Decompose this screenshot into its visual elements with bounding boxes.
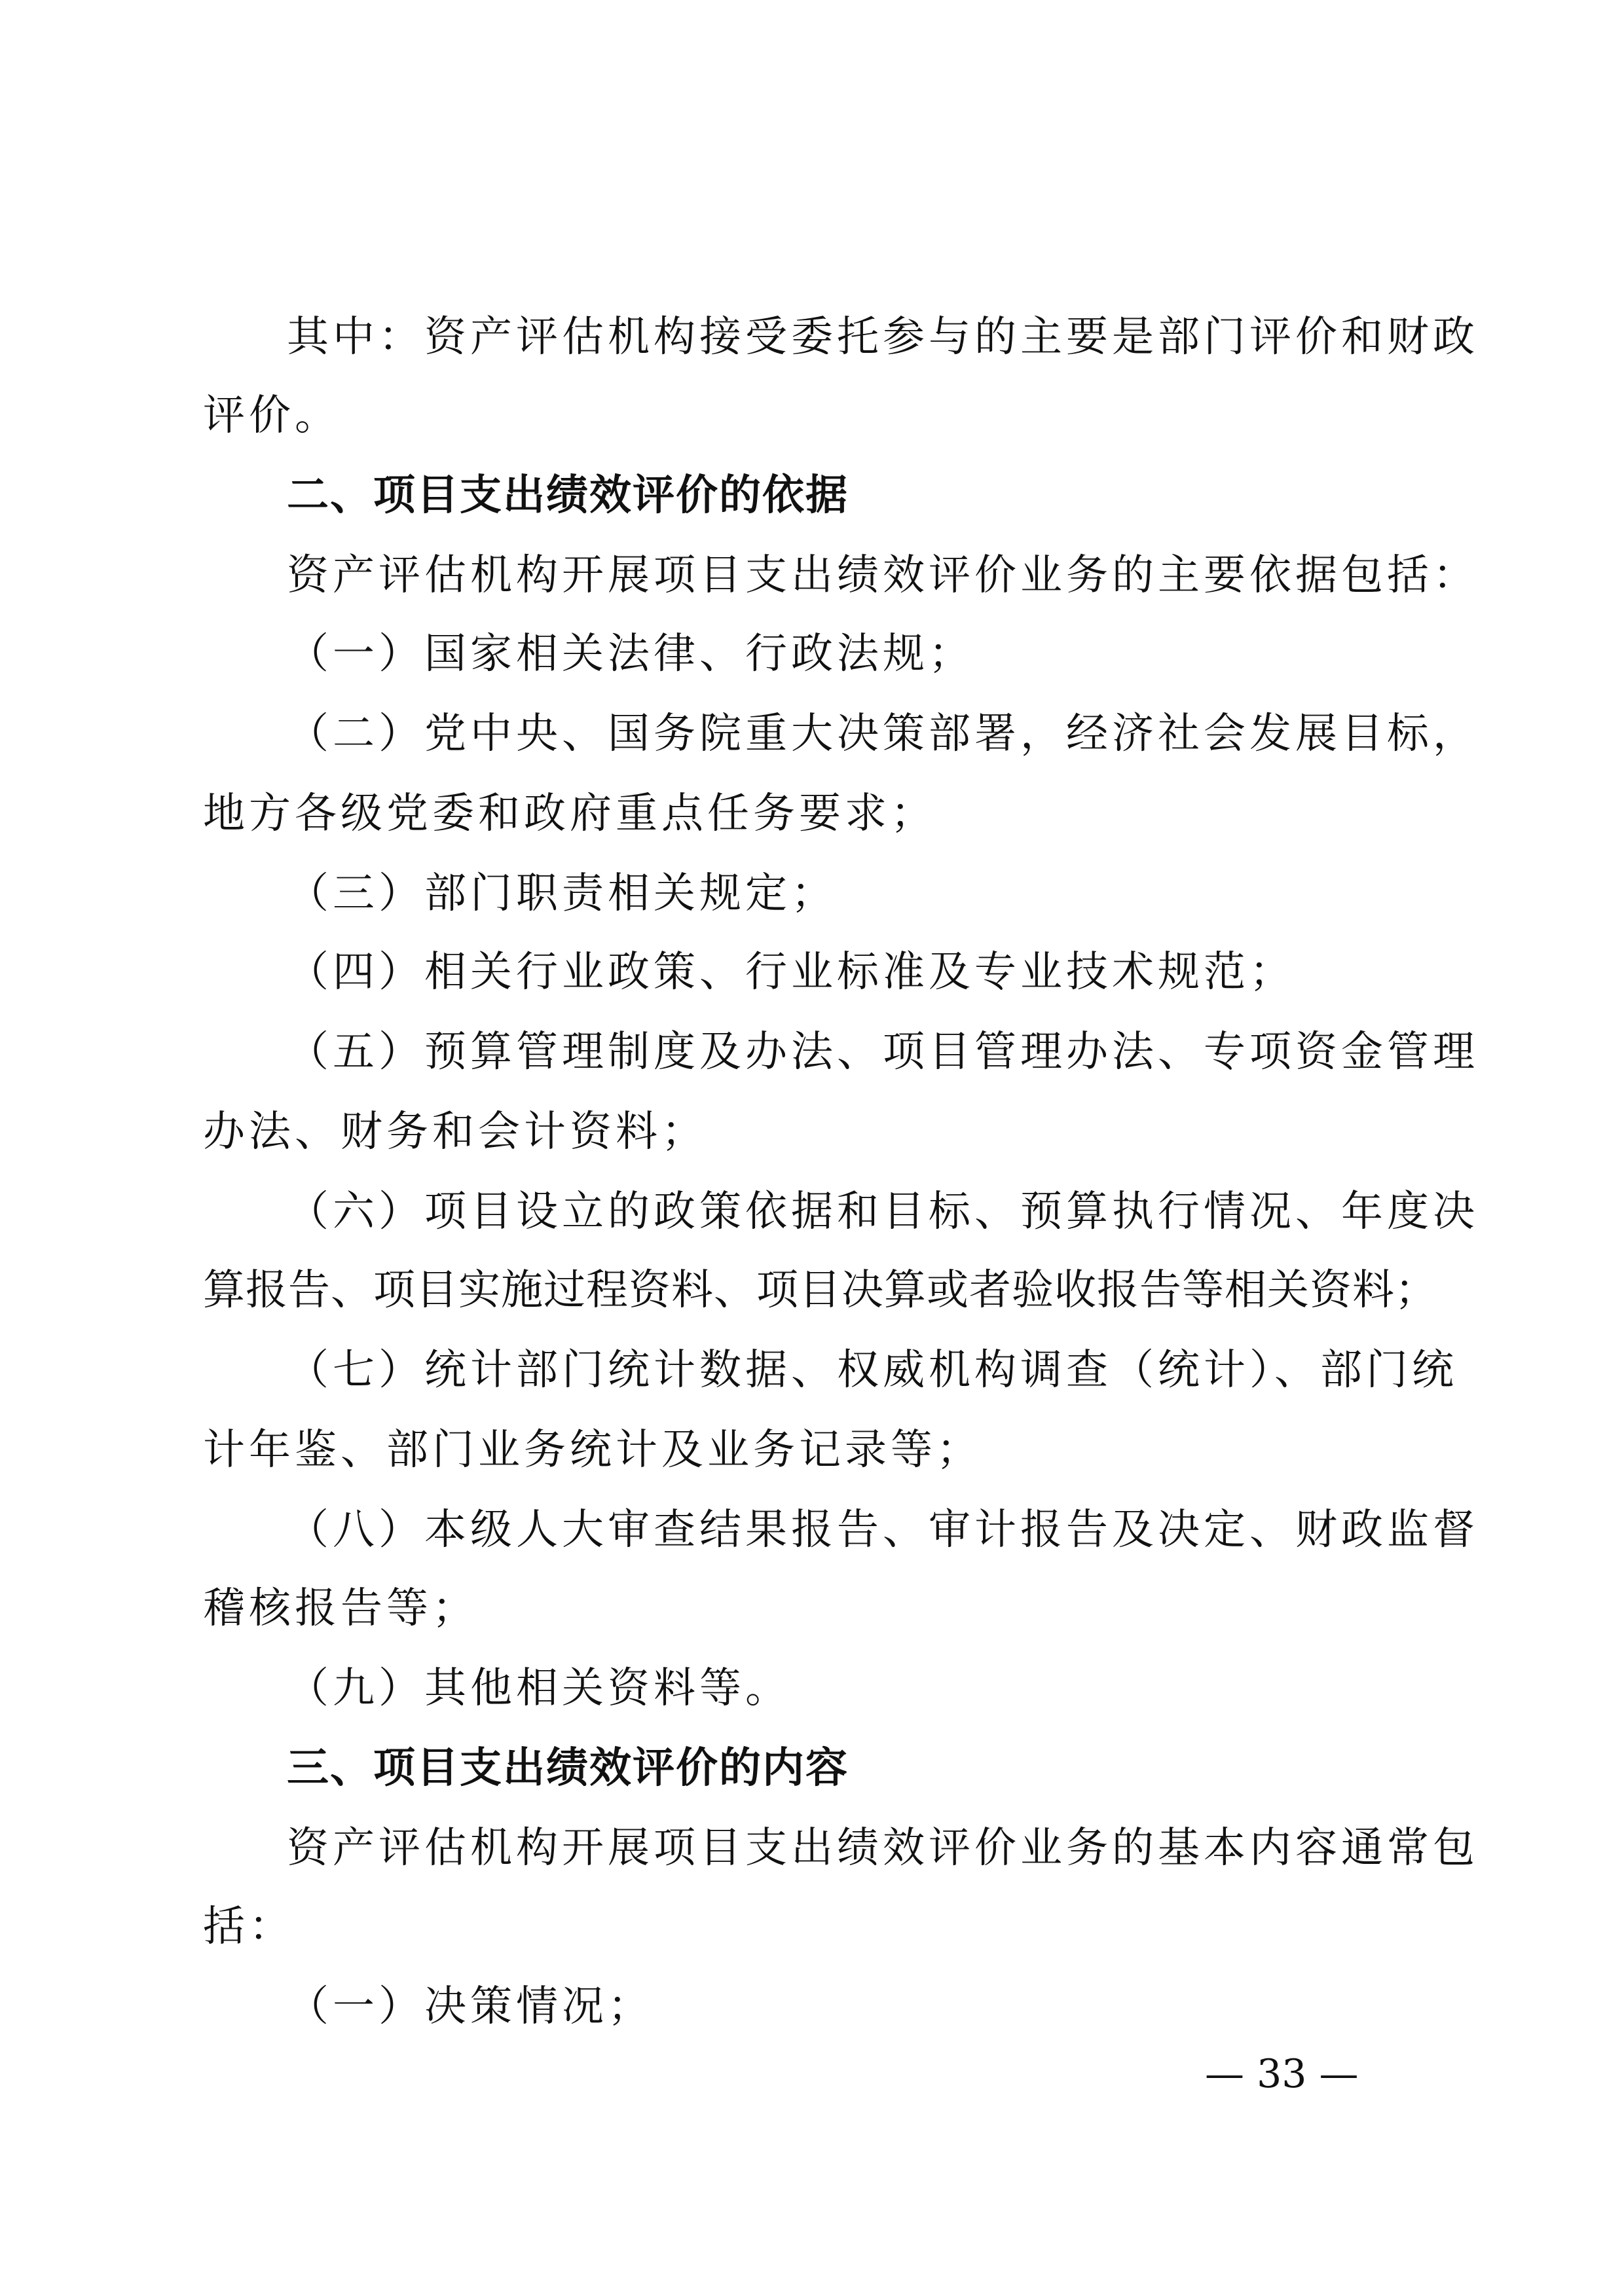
paragraph-line: 算报告、项目实施过程资料、项目决算或者验收报告等相关资料； bbox=[203, 1261, 1437, 1320]
paragraph-line: 资产评估机构开展项目支出绩效评价业务的主要依据包括： bbox=[287, 546, 1479, 605]
paragraph-line: 稽核报告等； bbox=[203, 1579, 478, 1638]
paragraph-line: 其中：资产评估机构接受委托参与的主要是部门评价和财政 bbox=[287, 308, 1479, 367]
page-number: — 33 — bbox=[1205, 2048, 1359, 2100]
section-heading: 三、项目支出绩效评价的内容 bbox=[287, 1739, 849, 1798]
paragraph-line: 办法、财务和会计资料； bbox=[203, 1102, 707, 1161]
list-item: （一）决策情况； bbox=[287, 1977, 654, 2036]
list-item: （八）本级人大审查结果报告、审计报告及决定、财政监督 bbox=[287, 1501, 1479, 1559]
paragraph-line: 括： bbox=[203, 1897, 295, 1956]
list-item: （九）其他相关资料等。 bbox=[287, 1659, 791, 1718]
list-item: （七）统计部门统计数据、权威机构调查（统计）、部门统 bbox=[287, 1341, 1458, 1400]
paragraph-line: 资产评估机构开展项目支出绩效评价业务的基本内容通常包 bbox=[287, 1819, 1479, 1878]
paragraph-line: 地方各级党委和政府重点任务要求； bbox=[203, 784, 936, 843]
list-item: （六）项目设立的政策依据和目标、预算执行情况、年度决 bbox=[287, 1182, 1479, 1241]
paragraph-line: 计年鉴、部门业务统计及业务记录等； bbox=[203, 1421, 982, 1480]
paragraph-line: 评价。 bbox=[203, 386, 341, 445]
list-item: （一）国家相关法律、行政法规； bbox=[287, 625, 974, 683]
list-item: （三）部门职责相关规定； bbox=[287, 864, 837, 923]
list-item: （二）党中央、国务院重大决策部署，经济社会发展目标， bbox=[287, 704, 1479, 763]
list-item: （四）相关行业政策、行业标准及专业技术规范； bbox=[287, 943, 1295, 1002]
section-heading: 二、项目支出绩效评价的依据 bbox=[287, 466, 849, 525]
list-item: （五）预算管理制度及办法、项目管理办法、专项资金管理 bbox=[287, 1023, 1479, 1082]
